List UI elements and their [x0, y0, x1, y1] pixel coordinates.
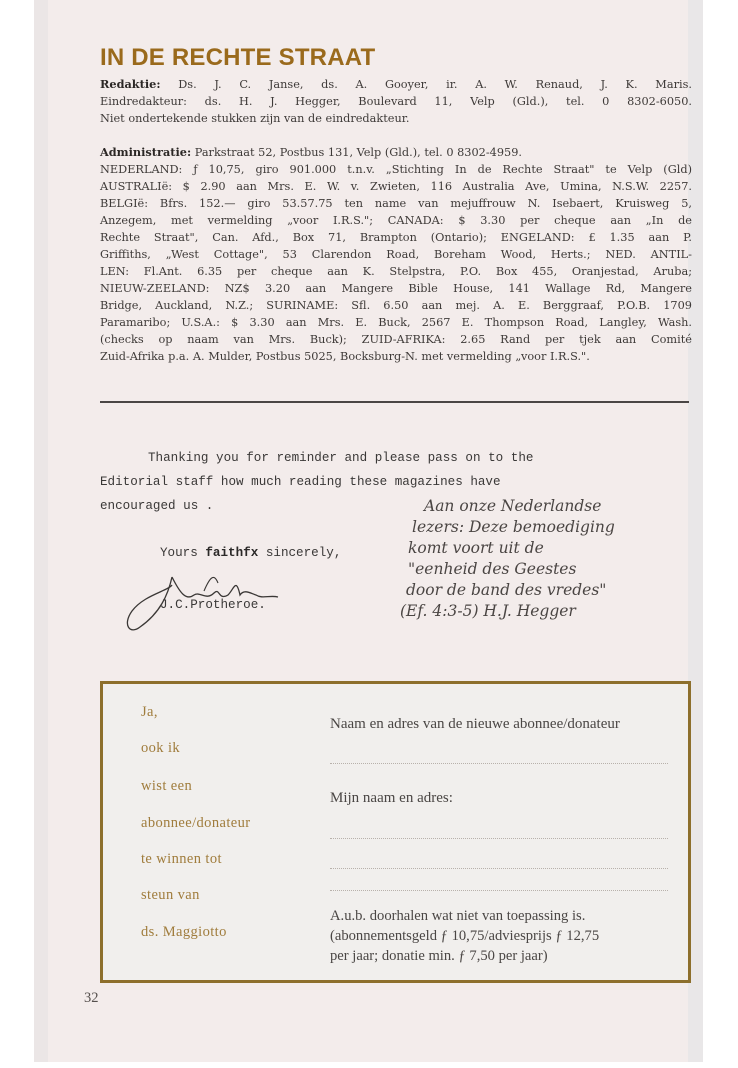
new-subscriber-label: Naam en adres van de nieuwe abonnee/dona…	[330, 716, 620, 733]
coupon-note: A.u.b. doorhalen wat niet van toepassing…	[330, 906, 670, 966]
scan-margin-left	[34, 0, 48, 1062]
handwritten-note: Aan onze Nederlandse lezers: Deze bemoed…	[398, 496, 698, 622]
letter-line: Editorial staff how much reading these m…	[100, 470, 620, 494]
pitch-line: steun van	[141, 887, 200, 904]
pitch-line: te winnen tot	[141, 851, 222, 868]
administratie-block: Administratie: Parkstraat 52, Postbus 13…	[100, 144, 692, 365]
admin-line: Paramaribo; U.S.A.: $ 3.30 aan Mrs. E. B…	[100, 314, 692, 331]
admin-line: NIEUW-ZEELAND: NZ$ 3.20 aan Mangere Bibl…	[100, 280, 692, 297]
redaktie-line: Niet ondertekende stukken zijn van de ei…	[100, 110, 692, 127]
handwritten-line: "eenheid des Geestes	[398, 559, 698, 580]
admin-line: Rechte Straat", Can. Afd., Box 71, Bramp…	[100, 229, 692, 246]
handwritten-line: komt voort uit de	[398, 538, 698, 559]
section-divider	[100, 401, 689, 403]
own-address-field-1[interactable]	[330, 838, 668, 839]
pitch-line: ds. Maggiotto	[141, 924, 227, 941]
page-number: 32	[84, 990, 99, 1007]
new-subscriber-field[interactable]	[330, 763, 668, 764]
admin-line: Administratie: Parkstraat 52, Postbus 13…	[100, 144, 692, 161]
handwritten-line: (Ef. 4:3-5) H.J. Hegger	[398, 601, 698, 622]
admin-line: Griffiths, „West Cottage", 53 Clarendon …	[100, 246, 692, 263]
admin-line: Anzegem, met vermelding „voor I.R.S."; C…	[100, 212, 692, 229]
pitch-line: ook ik	[141, 740, 180, 757]
admin-line: AUSTRALIë: $ 2.90 aan Mrs. E. W. v. Zwie…	[100, 178, 692, 195]
own-address-label: Mijn naam en adres:	[330, 790, 453, 807]
pitch-line: wist een	[141, 778, 192, 795]
redaktie-label: Redaktie:	[100, 77, 161, 91]
handwritten-line: door de band des vredes"	[398, 580, 698, 601]
own-address-field-3[interactable]	[330, 890, 668, 891]
subscription-coupon: Ja, ook ik wist een abonnee/donateur te …	[100, 681, 691, 983]
admin-line: Bridge, Auckland, N.Z.; SURINAME: Sfl. 6…	[100, 297, 692, 314]
admin-line: BELGIë: Bfrs. 152.— giro 53.57.75 ten na…	[100, 195, 692, 212]
pitch-line: Ja,	[141, 704, 158, 721]
own-address-field-2[interactable]	[330, 868, 668, 869]
letter-line: Thanking you for reminder and please pas…	[100, 446, 620, 470]
admin-line: LEN: Fl.Ant. 6.35 per cheque aan K. Stel…	[100, 263, 692, 280]
redaktie-block: Redaktie: Ds. J. C. Janse, ds. A. Gooyer…	[100, 76, 692, 127]
redaktie-line: Redaktie: Ds. J. C. Janse, ds. A. Gooyer…	[100, 76, 692, 93]
admin-line: (checks op naam van Mrs. Buck); ZUID-AFR…	[100, 331, 692, 348]
signer-name: J.C.Protheroe.	[160, 598, 266, 612]
admin-line: Zuid-Afrika p.a. A. Mulder, Postbus 5025…	[100, 348, 692, 365]
letter-closing: Yours faithfx sincerely,	[160, 546, 341, 560]
handwritten-line: lezers: Deze bemoediging	[398, 517, 698, 538]
masthead-title: IN DE RECHTE STRAAT	[100, 44, 375, 72]
admin-line: NEDERLAND: ƒ 10,75, giro 901.000 t.n.v. …	[100, 161, 692, 178]
struck-word: faithfx	[205, 546, 258, 560]
handwritten-line: Aan onze Nederlandse	[398, 496, 698, 517]
pitch-line: abonnee/donateur	[141, 815, 250, 832]
administratie-label: Administratie:	[100, 145, 191, 159]
redaktie-line: Eindredakteur: ds. H. J. Hegger, Bouleva…	[100, 93, 692, 110]
